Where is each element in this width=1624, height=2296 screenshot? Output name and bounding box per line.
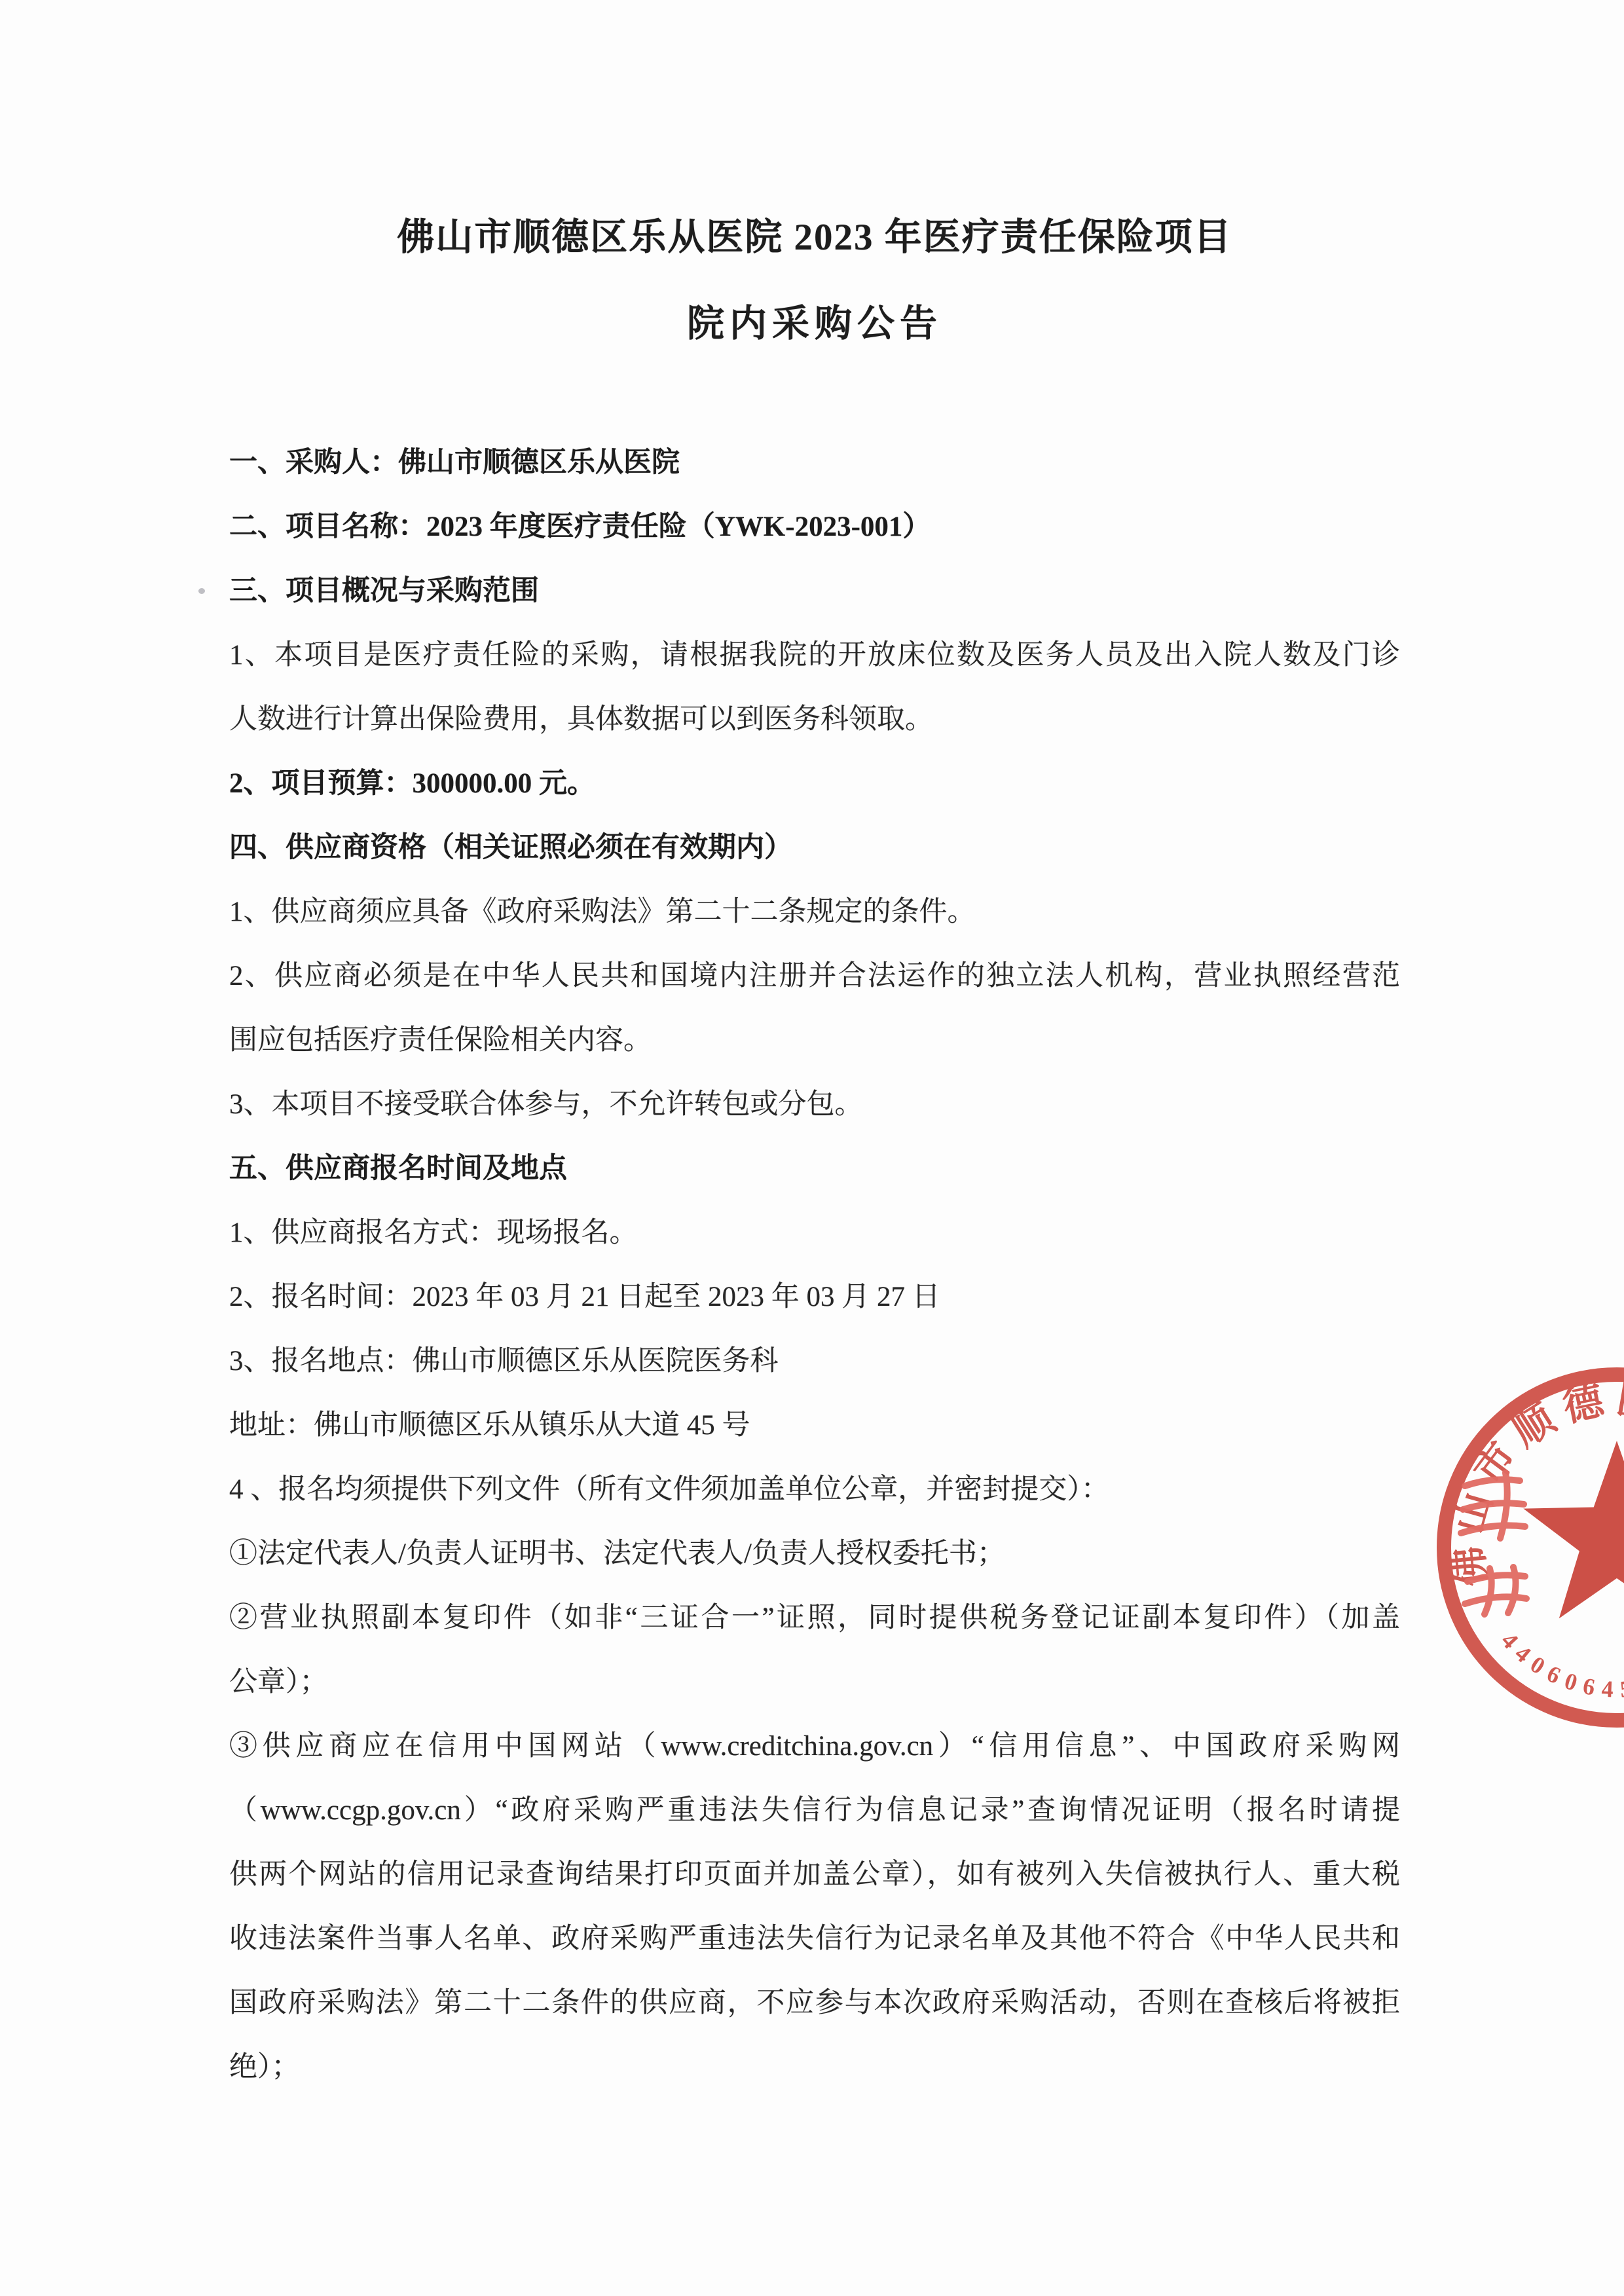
body-line: 4 、报名均须提供下列文件（所有文件须加盖单位公章，并密封提交）：: [229, 1458, 1400, 1522]
seal-star-icon: [1523, 1441, 1624, 1618]
body-line: 1、供应商报名方式：现场报名。: [229, 1201, 1400, 1265]
body-line: 3、本项目不接受联合体参与，不允许转包或分包。: [229, 1073, 1400, 1137]
body-line: 公章）；: [229, 1650, 1400, 1714]
official-seal-stamp: 佛山市顺德区乐从医院 44060645: [1427, 1358, 1624, 1737]
body-line: 2、供应商必须是在中华人民共和国境内注册并合法运作的独立法人机构，营业执照经营范: [229, 944, 1400, 1009]
body-line: 一、采购人：佛山市顺德区乐从医院: [229, 431, 1400, 495]
body-line: ①法定代表人/负责人证明书、法定代表人/负责人授权委托书；: [229, 1522, 1400, 1586]
body-line: （www.ccgp.gov.cn）“政府采购严重违法失信行为信息记录”查询情况证…: [229, 1779, 1400, 1843]
body-line: 国政府采购法》第二十二条件的供应商，不应参与本次政府采购活动，否则在查核后将被拒: [229, 1971, 1400, 2035]
body-line: ②营业执照副本复印件（如非“三证合一”证照，同时提供税务登记证副本复印件）（加盖: [229, 1586, 1400, 1650]
body-line: 四、供应商资格（相关证照必须在有效期内）: [229, 816, 1400, 880]
body-line: 3、报名地点：佛山市顺德区乐从医院医务科: [229, 1329, 1400, 1394]
body-line: 1、本项目是医疗责任险的采购，请根据我院的开放床位数及医务人员及出入院人数及门诊: [229, 623, 1400, 688]
document-body: 一、采购人：佛山市顺德区乐从医院二、项目名称：2023 年度医疗责任险（YWK-…: [229, 431, 1400, 2100]
body-line: 五、供应商报名时间及地点: [229, 1137, 1400, 1201]
body-line: 人数进行计算出保险费用，具体数据可以到医务科领取。: [229, 688, 1400, 752]
document-title-line2: 院内采购公告: [229, 298, 1400, 350]
document-title-line1: 佛山市顺德区乐从医院 2023 年医疗责任保险项目: [229, 212, 1400, 264]
body-line: 1、供应商须应具备《政府采购法》第二十二条规定的条件。: [229, 880, 1400, 944]
document-page: 佛山市顺德区乐从医院 2023 年医疗责任保险项目 院内采购公告 一、采购人：佛…: [0, 0, 1624, 2296]
body-line: 围应包括医疗责任保险相关内容。: [229, 1009, 1400, 1073]
body-line: 绝）；: [229, 2035, 1400, 2100]
body-line: 三、项目概况与采购范围: [229, 559, 1400, 623]
body-line: 2、报名时间：2023 年 03 月 21 日起至 2023 年 03 月 27…: [229, 1265, 1400, 1329]
body-line: 2、项目预算：300000.00 元。: [229, 752, 1400, 816]
body-line: 二、项目名称：2023 年度医疗责任险（YWK-2023-001）: [229, 495, 1400, 559]
body-line: 收违法案件当事人名单、政府采购严重违法失信行为记录名单及其他不符合《中华人民共和: [229, 1907, 1400, 1971]
body-line: ③供应商应在信用中国网站（www.creditchina.gov.cn）“信用信…: [229, 1714, 1400, 1779]
body-line: 供两个网站的信用记录查询结果打印页面并加盖公章），如有被列入失信被执行人、重大税: [229, 1843, 1400, 1907]
scan-speck: [198, 588, 205, 594]
seal-graphic: 佛山市顺德区乐从医院 44060645: [1427, 1358, 1624, 1737]
body-line: 地址：佛山市顺德区乐从镇乐从大道 45 号: [229, 1394, 1400, 1458]
